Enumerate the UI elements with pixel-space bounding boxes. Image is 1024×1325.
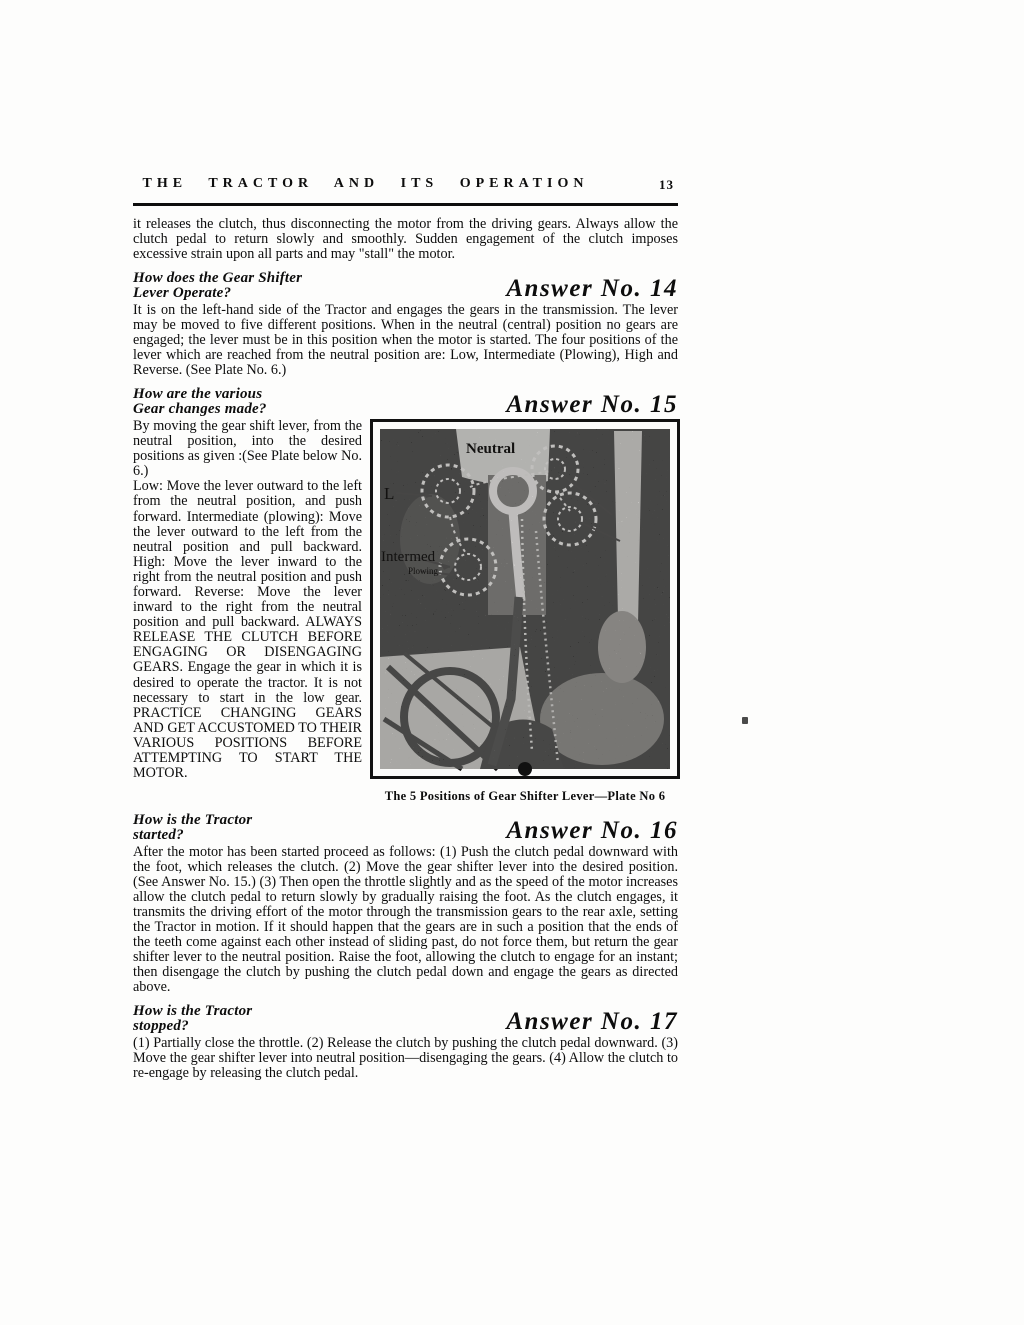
qa15-heading-row: How are the various Gear changes made? A… — [133, 387, 678, 417]
scan-artifact-speck — [742, 717, 748, 724]
scanned-manual-page: THE TRACTOR AND ITS OPERATION 13 it rele… — [0, 0, 1024, 1325]
question-14-line2: Lever Operate? — [133, 286, 302, 301]
answer-15-paragraph-2: Low: Move the lever outward to the left … — [133, 479, 362, 781]
intro-paragraph: it releases the clutch, thus disconnecti… — [133, 217, 678, 262]
question-16-line2: started? — [133, 828, 252, 843]
plate-caption: The 5 Positions of Gear Shifter Lever—Pl… — [370, 789, 680, 804]
question-16-line1: How is the Tractor — [133, 813, 252, 828]
answer-text-16: After the motor has been started proceed… — [133, 845, 678, 996]
label-plowing: Plowing — [408, 566, 439, 576]
question-16: How is the Tractor started? — [133, 813, 252, 843]
question-14-line1: How does the Gear Shifter — [133, 271, 302, 286]
answer-label-16: Answer No. 16 — [506, 819, 678, 843]
question-15: How are the various Gear changes made? — [133, 387, 267, 417]
qa14-heading-row: How does the Gear Shifter Lever Operate?… — [133, 271, 678, 301]
label-intermediate: Intermed — [381, 549, 436, 565]
question-15-line1: How are the various — [133, 387, 267, 402]
running-header: THE TRACTOR AND ITS OPERATION 13 — [133, 176, 678, 206]
frame-bump — [518, 762, 532, 776]
question-17-line2: stopped? — [133, 1019, 252, 1034]
answer-text-14: It is on the left-hand side of the Tract… — [133, 303, 678, 378]
question-17-line1: How is the Tractor — [133, 1004, 252, 1019]
qa15-content-row: By moving the gear shift lever, from the… — [133, 419, 678, 804]
answer-label-17: Answer No. 17 — [506, 1010, 678, 1034]
question-15-line2: Gear changes made? — [133, 402, 267, 417]
gear-shifter-plate-figure: Neutral L Intermed Plowing The 5 Positio… — [370, 419, 680, 804]
qa17-heading-row: How is the Tractor stopped? Answer No. 1… — [133, 1004, 678, 1034]
label-neutral: Neutral — [466, 441, 515, 457]
qa16-heading-row: How is the Tractor started? Answer No. 1… — [133, 813, 678, 843]
question-17: How is the Tractor stopped? — [133, 1004, 252, 1034]
label-low: L — [384, 484, 394, 503]
content-column: THE TRACTOR AND ITS OPERATION 13 it rele… — [133, 176, 678, 1081]
answer-text-15: By moving the gear shift lever, from the… — [133, 419, 362, 781]
page-number: 13 — [659, 177, 674, 193]
answer-label-15: Answer No. 15 — [506, 393, 678, 417]
answer-text-17: (1) Partially close the throttle. (2) Re… — [133, 1036, 678, 1081]
question-14: How does the Gear Shifter Lever Operate? — [133, 271, 302, 301]
page-title: THE TRACTOR AND ITS OPERATION — [93, 176, 638, 192]
plate-photo: Neutral L Intermed Plowing — [370, 419, 680, 779]
answer-15-paragraph-1: By moving the gear shift lever, from the… — [133, 419, 362, 479]
answer-label-14: Answer No. 14 — [506, 277, 678, 301]
